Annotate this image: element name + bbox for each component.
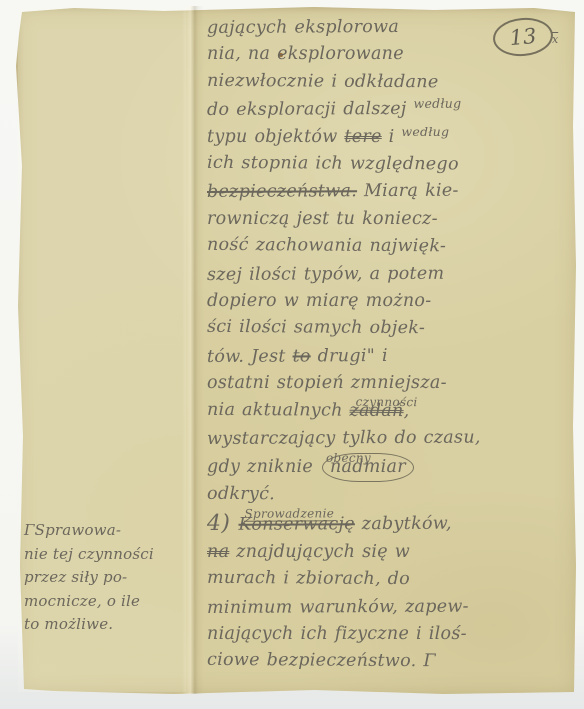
handwriting-segment: tere [344, 127, 381, 147]
correction: SprowadzenieKonserwację [238, 515, 355, 536]
handwriting-line: przez siły po- [24, 566, 196, 590]
handwriting-segment: tów. Jest [207, 346, 293, 366]
handwriting-segment: gdy zniknie [207, 457, 320, 477]
handwriting-segment: na [207, 542, 229, 562]
handwriting-segment: Miarą kie- [357, 181, 459, 202]
handwriting-line: ciowe bezpieczeństwo. Γ [207, 647, 579, 677]
handwriting-line: wystarczający tylko do czasu, [207, 424, 579, 453]
handwriting-segment: wystarczający tylko do czasu, [207, 428, 481, 449]
handwriting-line: do eksploracji dalszej według [207, 95, 579, 124]
handwriting-segment: ści ilości samych objek- [207, 317, 425, 338]
handwriting-segment: gających eksplorowa [207, 17, 399, 38]
handwriting-segment: Γ [416, 651, 435, 671]
handwriting-segment: 4) [207, 511, 239, 536]
handwriting-line: murach i zbiorach, do [207, 565, 579, 595]
handwriting-segment: mocnicze, o ile [24, 592, 140, 610]
handwriting-segment: bezpieczeństwa. [207, 182, 357, 203]
handwriting-line: nia, na eksplorowane [207, 41, 579, 68]
handwriting-line: ΓSprawowa- [24, 519, 196, 543]
inserted-word: Sprowadzenie [244, 508, 334, 522]
handwriting-segment: niezwłocznie i odkładane [207, 71, 439, 92]
handwriting-line: ich stopnia ich względnego [207, 150, 579, 180]
handwriting-segment: ich stopnia ich względnego [207, 153, 459, 175]
manuscript-scan: 13 x gających eksplorowania, na eksploro… [0, 0, 584, 709]
handwriting-segment: do eksploracji dalszej [207, 99, 414, 120]
handwriting-line: nia aktualnych czynnościzadań, [207, 397, 579, 427]
handwriting-segment: przez siły po- [24, 568, 127, 586]
inserted-word: czynności [356, 395, 418, 407]
handwriting-line: tów. Jest to drugi" i [207, 342, 579, 371]
handwriting-segment: odkryć. [207, 484, 275, 504]
handwriting-line: niezwłocznie i odkładane [207, 68, 579, 98]
handwriting-segment: według [401, 124, 449, 139]
handwriting-line: typu objektów tere i według [207, 124, 579, 151]
handwriting-segment: dopiero w miarę możno- [207, 291, 431, 311]
handwriting-line: mocnicze, o ile [24, 590, 196, 614]
handwriting-line: ści ilości samych objek- [207, 314, 579, 344]
handwriting-line: to możliwe. [24, 613, 196, 637]
handwriting-line: gających eksplorowa [207, 13, 579, 42]
handwriting-line: dopiero w miarę możno- [207, 288, 579, 315]
handwriting-line: bezpieczeństwa. Miarą kie- [207, 177, 579, 206]
handwriting-segment: według [413, 96, 461, 111]
handwriting-line: ostatni stopień zmniejsza- [207, 370, 579, 397]
handwriting-segment: znajdujących się w [229, 542, 410, 562]
handwriting-segment: nia aktualnych [207, 400, 350, 421]
handwriting-line: ność zachowania najwięk- [207, 232, 579, 262]
handwriting-segment: nie tej czynności [24, 545, 154, 563]
handwriting-line: na znajdujących się w [207, 539, 579, 566]
handwriting-line: minimum warunków, zapew- [207, 593, 579, 622]
handwriting-segment: rowniczą jest tu koniecz- [207, 209, 438, 229]
handwriting-line: rowniczą jest tu koniecz- [207, 206, 579, 233]
handwriting-segment: typu objektów [207, 127, 344, 147]
handwriting-segment: szej ilości typów, a potem [207, 263, 445, 284]
margin-note: ΓSprawowa-nie tej czynnościprzez siły po… [24, 519, 196, 637]
handwriting-segment: murach i zbiorach, do [207, 568, 410, 589]
handwriting-line: 4) SprowadzenieKonserwację zabytków, [207, 508, 579, 539]
handwriting-line: nie tej czynności [24, 543, 196, 567]
handwriting-segment: minimum warunków, zapew- [207, 596, 469, 617]
correction: obecnynadmiar [320, 457, 414, 477]
inserted-word: obecny [326, 452, 371, 464]
handwriting-segment: to [292, 346, 310, 366]
handwriting-line: szej ilości typów, a potem [207, 260, 579, 289]
correction: czynnościzadań [349, 400, 403, 420]
main-text-column: gających eksplorowania, na eksplorowanen… [207, 14, 579, 676]
handwriting-line: niających ich fizyczne i iloś- [207, 621, 579, 648]
handwriting-segment: nia, na eksplorowane [207, 44, 404, 64]
handwriting-segment: to możliwe. [24, 615, 113, 633]
handwriting-segment: ostatni stopień zmniejsza- [207, 373, 447, 393]
handwriting-segment: ΓSprawowa- [24, 521, 121, 539]
handwriting-segment: zabytków, [355, 514, 452, 535]
handwriting-line: gdy zniknie obecnynadmiar [207, 453, 579, 482]
handwriting-segment: i [382, 127, 402, 147]
handwriting-segment: drugi" i [311, 346, 388, 366]
handwriting-segment: ność zachowania najwięk- [207, 235, 446, 256]
handwriting-segment: ciowe bezpieczeństwo. [207, 650, 417, 671]
handwriting-segment: niających ich fizyczne i iloś- [207, 624, 467, 644]
